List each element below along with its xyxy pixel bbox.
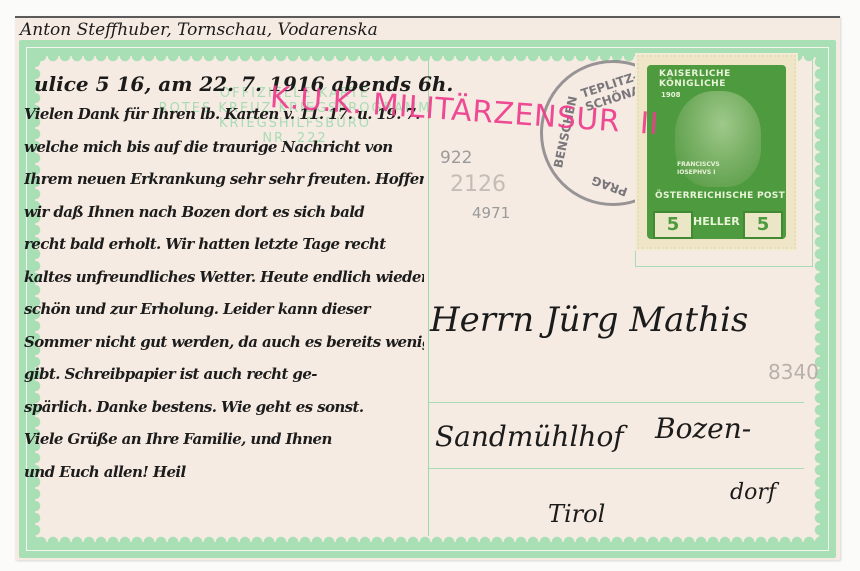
address-line-1 <box>429 402 804 403</box>
message-line: Sommer nicht gut werden, da auch es bere… <box>24 326 424 359</box>
pencil-note: 8340 <box>768 360 819 384</box>
censor-mark: II <box>639 106 660 142</box>
message-line: recht bald erholt. Wir hatten letzte Tag… <box>24 228 424 261</box>
address-line-left: Sandmühlhof <box>435 420 624 453</box>
message-line: und Euch allen! Heil <box>24 456 424 489</box>
address-town-end: dorf <box>730 480 776 505</box>
address-line-2 <box>429 468 804 469</box>
message-line: kaltes unfreundliches Wetter. Heute endl… <box>24 261 424 294</box>
stamp-portrait-label: FRANCISCVS IOSEPHVS I <box>677 161 717 177</box>
stamp-value-left: 5 <box>653 211 693 239</box>
stamp-top-text: KAISERLICHE KÖNIGLICHE <box>659 69 786 89</box>
pencil-note: 922 <box>440 148 472 168</box>
address-line-right: Bozen- <box>655 412 751 445</box>
stamp-bottom-text: ÖSTERREICHISCHE POST <box>655 191 785 201</box>
message-line: Ihrem neuen Erkrankung sehr sehr freuten… <box>24 163 424 196</box>
stamp-value-right: 5 <box>743 211 783 239</box>
message-line: spärlich. Danke bestens. Wie geht es son… <box>24 391 424 424</box>
stamp-denomination: HELLER <box>693 215 740 228</box>
pencil-note: 4971 <box>472 204 510 222</box>
sender-line: Anton Steffhuber, Tornschau, Vodarenska <box>20 20 378 40</box>
stamp-design: KAISERLICHE KÖNIGLICHE 1908 FRANCISCVS I… <box>647 65 786 239</box>
stamp-years: 1908 <box>661 91 680 99</box>
message-line: wir daß Ihnen nach Bozen dort es sich ba… <box>24 196 424 229</box>
message-line: Viele Grüße an Ihre Familie, und Ihnen <box>24 423 424 456</box>
scalloped-edge-right <box>812 56 820 542</box>
postmark-text-bottom: PRAG <box>590 173 630 199</box>
address-recipient: Herrn Jürg Mathis <box>430 300 748 340</box>
message-body: Vielen Dank für Ihren lb. Karten v. 11. … <box>24 98 424 488</box>
pencil-note: 2126 <box>450 172 506 197</box>
message-line: gibt. Schreibpapier ist auch recht ge- <box>24 358 424 391</box>
message-line: schön und zur Erholung. Leider kann dies… <box>24 293 424 326</box>
postage-stamp: KAISERLICHE KÖNIGLICHE 1908 FRANCISCVS I… <box>637 55 796 249</box>
message-line: welche mich bis auf die traurige Nachric… <box>24 131 424 164</box>
address-region: Tirol <box>548 500 605 528</box>
